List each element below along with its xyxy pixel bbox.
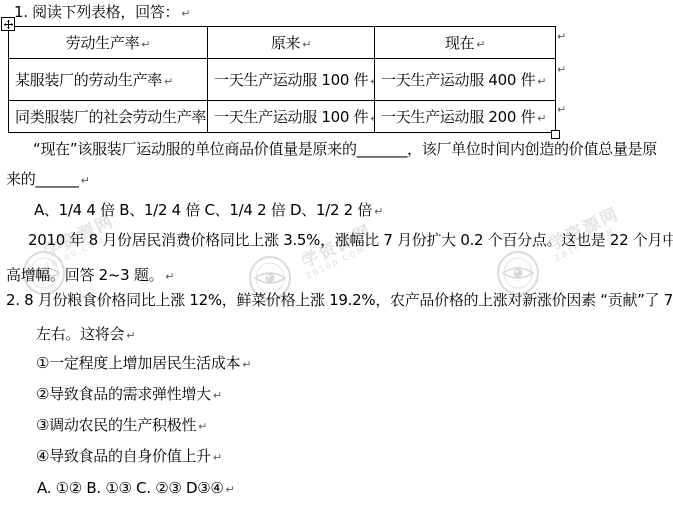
paragraph-mark: ↵ xyxy=(126,329,135,342)
row-end-mark: ↵ xyxy=(557,103,566,116)
q2-item1-text: ①一定程度上增加居民生活成本 xyxy=(36,354,240,372)
q2-text1: 2. 8 月份粮食价格同比上涨 12%，鲜菜价格上涨 19.2%，农产品价格的上… xyxy=(6,291,673,309)
move-arrows-icon xyxy=(4,20,13,29)
table-row: 同类服装厂的社会劳动生产率↵ 一天生产运动服 100 件↵ 一天生产运动服 20… xyxy=(9,101,556,133)
table-cell: 某服装厂的劳动生产率↵ xyxy=(9,59,208,101)
watermark-url-text: ZB100.COM xyxy=(304,244,367,281)
q2-item4-text: ④导致食品的自身价值上升 xyxy=(36,447,211,465)
cell-mark: ↵ xyxy=(370,75,374,88)
row-end-mark: ↵ xyxy=(557,63,566,76)
table-resize-handle[interactable] xyxy=(551,130,560,139)
table-move-handle[interactable] xyxy=(1,17,15,31)
table-cell: 一天生产运动服 400 件↵ xyxy=(375,59,556,101)
productivity-table: 劳动生产率↵ 原来↵ 现在↵ 某服装厂的劳动生产率↵ 一天生产运动服 100 件… xyxy=(8,26,556,133)
row-end-mark: ↵ xyxy=(557,30,566,43)
document-page: 学资源网 ZB100.COM 学资源网 ZB100.COM 学资源网 ZB100… xyxy=(0,0,673,510)
table-cell: 同类服装厂的社会劳动生产率↵ xyxy=(9,101,208,133)
cell-mark: ↵ xyxy=(370,112,374,125)
cell-text: 同类服装厂的社会劳动生产率 xyxy=(15,108,206,126)
info-text1: 2010 年 8 月份居民消费价格同比上涨 3.5%，涨幅比 7 月份扩大 0.… xyxy=(28,231,673,249)
info-line1: 2010 年 8 月份居民消费价格同比上涨 3.5%，涨幅比 7 月份扩大 0.… xyxy=(28,232,673,248)
paragraph-mark: ↵ xyxy=(213,389,222,402)
q2-line1: 2. 8 月份粮食价格同比上涨 12%，鲜菜价格上涨 19.2%，农产品价格的上… xyxy=(6,292,673,308)
paragraph-mark: ↵ xyxy=(165,270,174,283)
cell-text: 一天生产运动服 400 件 xyxy=(381,71,535,89)
table-header-row: 劳动生产率↵ 原来↵ 现在↵ xyxy=(9,27,556,59)
q1-stem-text1: “现在”该服装厂运动服的单位商品价值量是原来的_______，该厂单位时间内创造… xyxy=(33,140,657,158)
cell-mark: ↵ xyxy=(164,75,173,88)
paragraph-mark: ↵ xyxy=(213,451,222,464)
header-cell: 劳动生产率↵ xyxy=(9,27,208,59)
paragraph-mark: ↵ xyxy=(81,174,90,187)
header-cell: 现在↵ xyxy=(375,27,556,59)
paragraph-mark: ↵ xyxy=(242,358,251,371)
table-cell: 一天生产运动服 100 件↵ xyxy=(208,59,375,101)
paragraph-mark: ↵ xyxy=(374,205,383,218)
cell-text: 某服装厂的劳动生产率 xyxy=(15,71,162,89)
paragraph-mark: ↵ xyxy=(198,420,207,433)
q2-line2: 左右。这将会↵ xyxy=(36,326,135,344)
paragraph-mark: ↵ xyxy=(181,7,190,20)
info-text2: 高增幅。回答 2~3 题。 xyxy=(6,266,163,284)
watermark-group: 学资源网 ZB100.COM xyxy=(492,208,672,303)
cell-mark: ↵ xyxy=(476,38,485,51)
table-cell: 一天生产运动服 200 件↵ xyxy=(375,101,556,133)
q1-stem-line2: 来的______↵ xyxy=(6,171,90,189)
q2-item3-text: ③调动农民的生产积极性 xyxy=(36,416,196,434)
q2-item1: ①一定程度上增加居民生活成本↵ xyxy=(36,355,251,373)
q2-text2: 左右。这将会 xyxy=(36,325,124,343)
header-text: 现在 xyxy=(445,34,474,52)
paragraph-mark: ↵ xyxy=(226,483,235,496)
q1-options-text: A、1/4 4 倍 B、1/2 4 倍 C、1/4 2 倍 D、1/2 2 倍 xyxy=(34,201,372,219)
q2-item2: ②导致食品的需求弹性增大↵ xyxy=(36,386,222,404)
q1-intro-line: 1. 阅读下列表格，回答：↵ xyxy=(14,4,190,22)
q1-intro-text: 1. 阅读下列表格，回答： xyxy=(14,3,179,21)
q1-stem-text2: 来的______ xyxy=(6,170,79,188)
cell-text: 一天生产运动服 200 件 xyxy=(381,108,535,126)
watermark-eye-icon xyxy=(496,251,540,295)
q2-item3: ③调动农民的生产积极性↵ xyxy=(36,417,207,435)
header-cell: 原来↵ xyxy=(208,27,375,59)
q2-answers-text: A. ①② B. ①③ C. ②③ D③④ xyxy=(37,479,224,497)
q2-item2-text: ②导致食品的需求弹性增大 xyxy=(36,385,211,403)
cell-mark: ↵ xyxy=(141,38,150,51)
table-cell: 一天生产运动服 100 件↵ xyxy=(208,101,375,133)
cell-mark: ↵ xyxy=(537,75,546,88)
header-text: 劳动生产率 xyxy=(66,34,140,52)
cell-text: 一天生产运动服 100 件 xyxy=(214,108,368,126)
cell-mark: ↵ xyxy=(537,112,546,125)
info-line2: 高增幅。回答 2~3 题。↵ xyxy=(6,267,174,285)
q2-answers-line: A. ①② B. ①③ C. ②③ D③④↵ xyxy=(37,480,234,498)
header-text: 原来 xyxy=(271,34,300,52)
q2-item4: ④导致食品的自身价值上升↵ xyxy=(36,448,222,466)
table-row: 某服装厂的劳动生产率↵ 一天生产运动服 100 件↵ 一天生产运动服 400 件… xyxy=(9,59,556,101)
cell-text: 一天生产运动服 100 件 xyxy=(214,71,368,89)
cell-mark: ↵ xyxy=(302,38,311,51)
q1-options-line: A、1/4 4 倍 B、1/2 4 倍 C、1/4 2 倍 D、1/2 2 倍↵ xyxy=(34,202,383,220)
q1-stem-line1: “现在”该服装厂运动服的单位商品价值量是原来的_______，该厂单位时间内创造… xyxy=(33,141,657,157)
